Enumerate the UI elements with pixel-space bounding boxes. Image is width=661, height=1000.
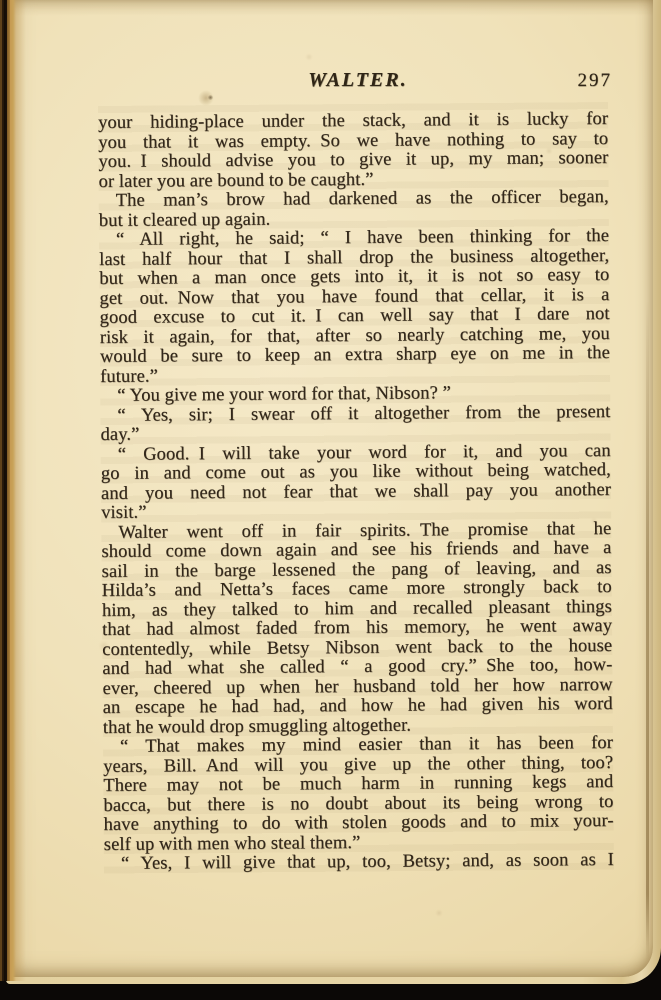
page-number: 297 <box>578 70 613 92</box>
text-line: The man’s brow had darkened as the offic… <box>99 188 609 212</box>
book-photo: WALTER. 297 your hiding-place under the … <box>0 0 661 1000</box>
body-text: your hiding-place under the stack, and i… <box>98 110 614 874</box>
book-page: WALTER. 297 your hiding-place under the … <box>8 0 653 977</box>
paper-freckles <box>8 0 10 2</box>
ink-speck <box>208 95 213 100</box>
running-title: WALTER. <box>104 69 612 92</box>
text-line: you. I should advise you to give it up, … <box>98 149 608 173</box>
text-line: would be sure to keep an extra sharp eye… <box>100 344 610 368</box>
text-line: and you need not fear that we shall pay … <box>101 480 611 504</box>
text-line: an escape he had had, and how he had giv… <box>103 695 613 719</box>
page-header: WALTER. 297 <box>104 69 612 93</box>
text-line: “ Yes, I will give that up, too, Betsy; … <box>104 851 614 875</box>
text-line: have anything to do with stolen goods an… <box>104 812 614 836</box>
text-line: “ Yes, sir; I swear off it altogether fr… <box>100 402 610 426</box>
